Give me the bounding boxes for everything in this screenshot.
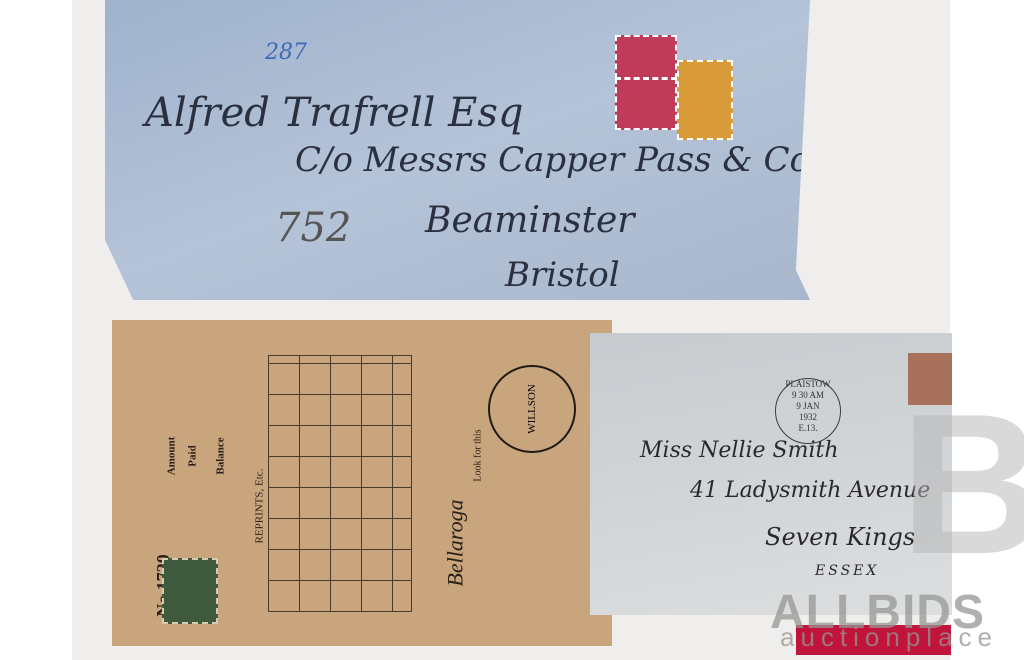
postage-stamp [615, 78, 677, 130]
field-label: Paid [187, 445, 199, 466]
postage-stamp [677, 60, 733, 140]
postmark-text: E.13. [776, 423, 840, 434]
willson-white-stamp: WILLSON [488, 365, 576, 453]
postmark-text: PLAISTOW [776, 379, 840, 390]
watermark-tagline: auctionplace [780, 622, 998, 653]
address-line: 41 Ladysmith Avenue [690, 478, 930, 503]
stamp-text: WILLSON [526, 384, 538, 434]
field-label: Balance [215, 437, 227, 474]
address-line: C/o Messrs Capper Pass & Co [295, 140, 810, 180]
address-line: Bristol [505, 255, 620, 295]
blue-registered-envelope: Alfred Trafrell Esq C/o Messrs Capper Pa… [105, 0, 810, 300]
notice: Look for this [473, 429, 484, 481]
table-title: REPRINTS, Etc. [253, 469, 265, 544]
pencil-note: 752 [275, 205, 351, 251]
postage-stamp [162, 558, 218, 624]
reprints-table [268, 355, 412, 612]
postmark: PLAISTOW 9 30 AM 9 JAN 1932 E.13. [775, 378, 841, 444]
field-label: Amount [165, 437, 177, 476]
grey-envelope: Miss Nellie Smith 41 Ladysmith Avenue Se… [590, 333, 952, 615]
postmark-text: 9 30 AM [776, 390, 840, 401]
postmark-text: 9 JAN [776, 401, 840, 412]
postmark-text: 1932 [776, 412, 840, 423]
watermark-letter: B [900, 385, 1024, 585]
pencil-note: 287 [265, 40, 307, 65]
address-line: ESSEX [815, 563, 879, 579]
postage-stamp [615, 35, 677, 79]
address-line: Alfred Trafrell Esq [145, 90, 523, 136]
address-line: Seven Kings [765, 523, 915, 551]
address: Bellaroga [443, 499, 469, 586]
address-line: Beaminster [425, 200, 635, 241]
